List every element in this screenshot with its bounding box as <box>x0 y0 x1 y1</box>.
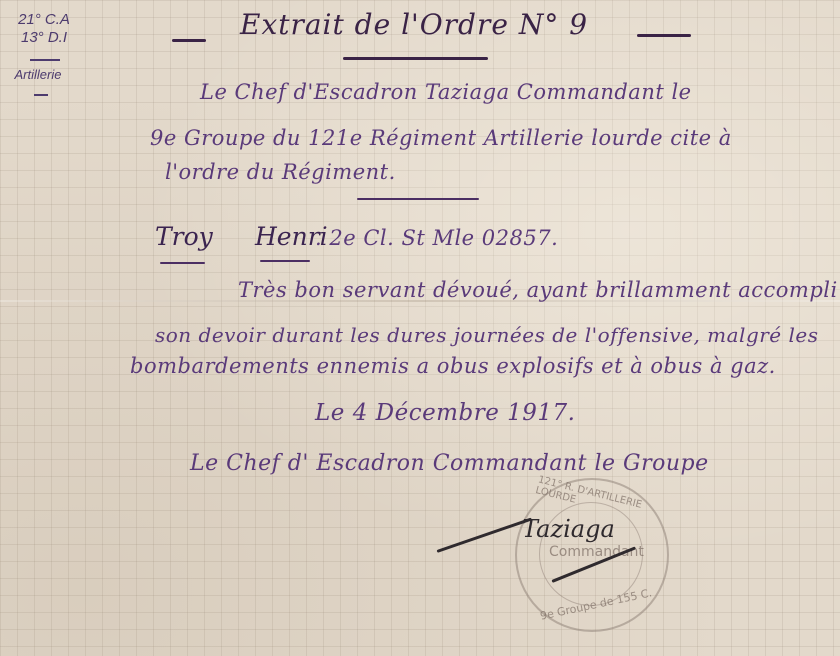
soldier-surname: Troy <box>155 222 213 251</box>
title-dash-right <box>637 34 691 37</box>
signatory-title: Le Chef d' Escadron Commandant le Groupe <box>190 451 709 476</box>
intro-line-1: Le Chef d'Escadron Taziaga Commandant le <box>200 80 692 104</box>
corner-divider-bottom <box>34 94 48 96</box>
citation-line-1: Très bon servant dévoué, ayant brillamme… <box>238 278 838 302</box>
surname-underline <box>160 262 205 264</box>
intro-line-2: 9e Groupe du 121e Régiment Artillerie lo… <box>150 126 732 150</box>
regiment-underline <box>357 198 479 200</box>
stamp-center-text: Commandant <box>549 544 644 560</box>
unit-corps: 21° C.A <box>14 11 74 28</box>
order-date: Le 4 Décembre 1917. <box>315 400 575 426</box>
citation-line-3: bombardements ennemis a obus explosifs e… <box>130 354 776 378</box>
citation-line-2: son devoir durant les dures journées de … <box>155 323 819 347</box>
firstname-underline <box>260 260 310 262</box>
title-underline <box>343 57 488 60</box>
signature: Taziaga <box>522 515 615 543</box>
title-dash-left <box>172 39 206 42</box>
document-title: Extrait de l'Ordre N° 9 <box>240 8 588 41</box>
corner-divider <box>30 59 60 61</box>
unit-division: 13° D.I <box>14 29 74 46</box>
soldier-details: . 2e Cl. St Mle 02857. <box>315 226 558 250</box>
intro-line-3: l'ordre du Régiment. <box>165 160 396 184</box>
regiment-stamp: 121° R. D'ARTILLERIE LOURDE Commandant 9… <box>515 478 669 632</box>
branch-label: Artillerie <box>2 66 74 83</box>
